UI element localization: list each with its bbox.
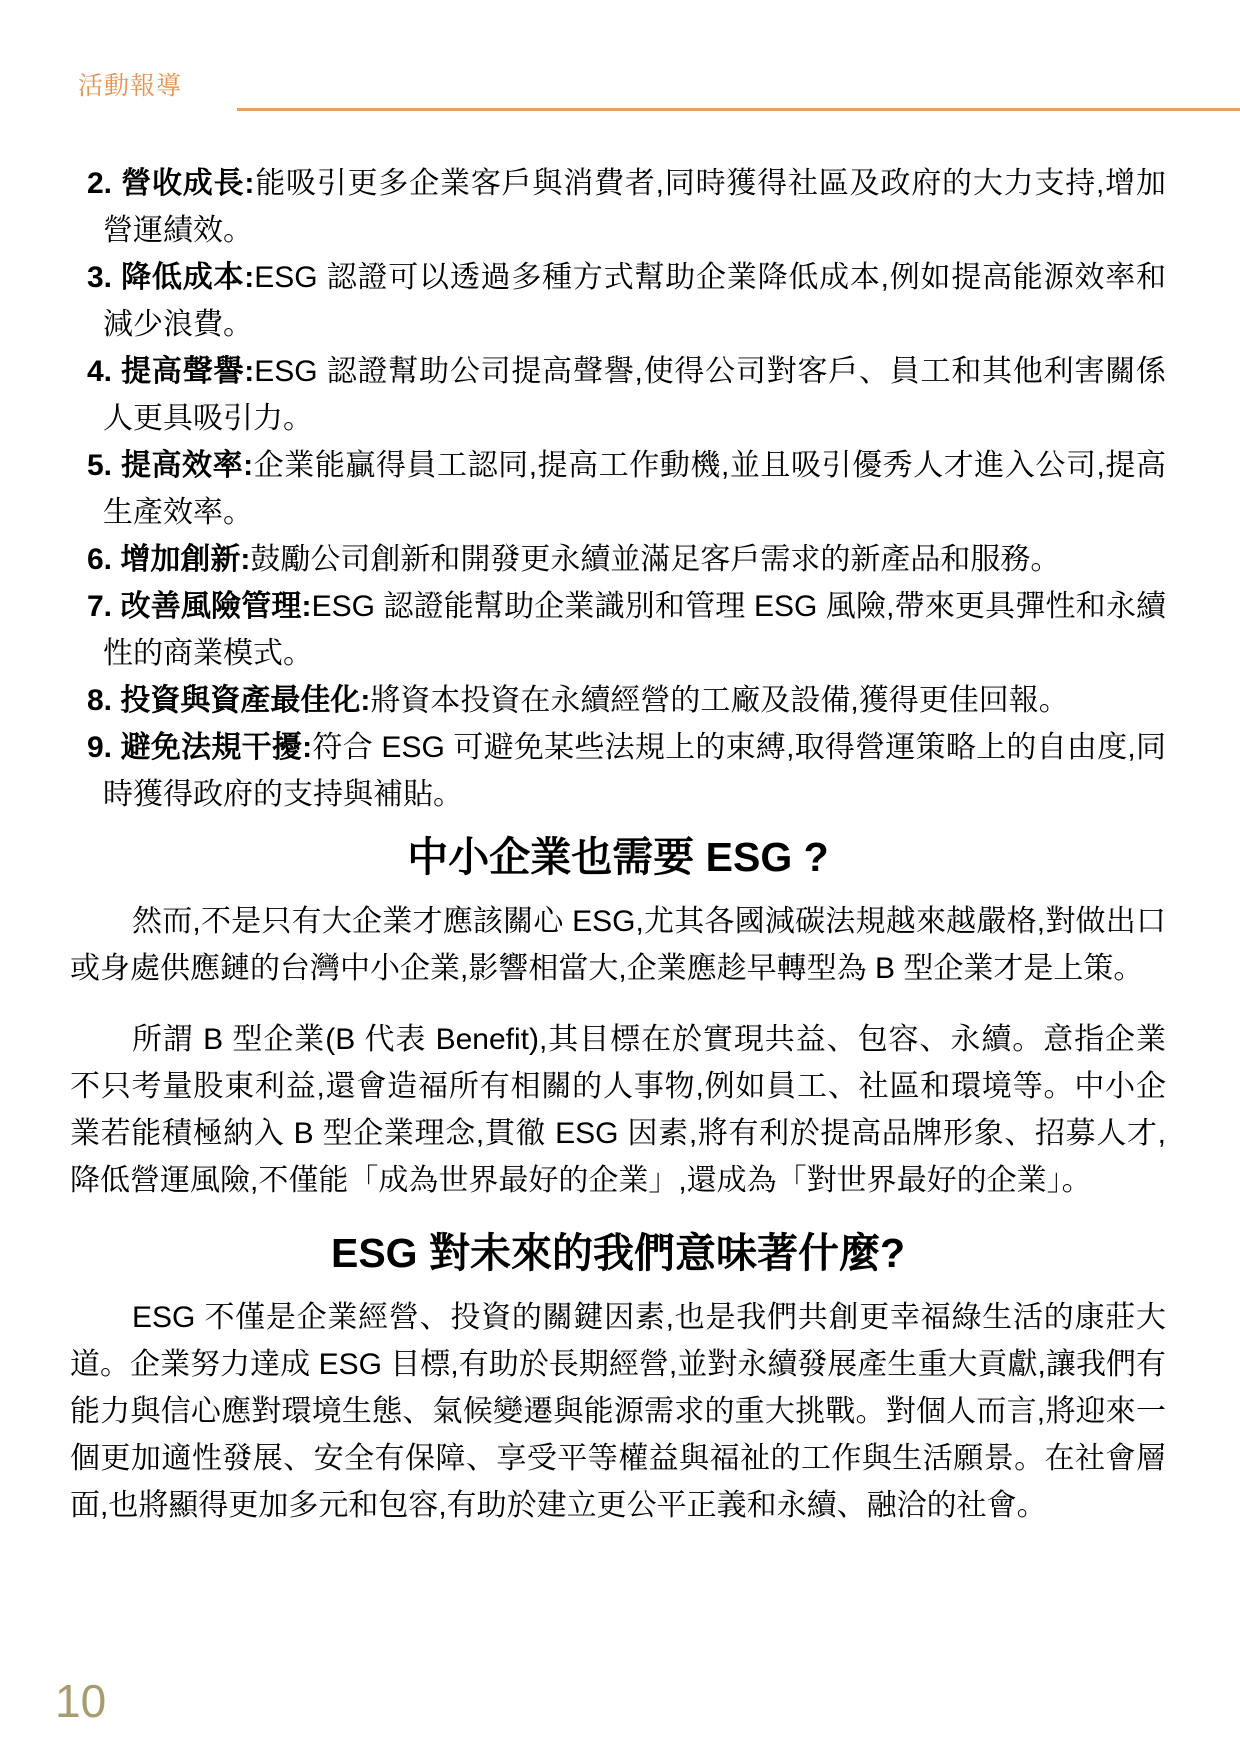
- list-item: 9. 避免法規干擾:符合 ESG 可避免某些法規上的束縛,取得營運策略上的自由度…: [70, 724, 1166, 818]
- paragraph: 所謂 B 型企業(B 代表 Benefit),其目標在於實現共益、包容、永續。意…: [70, 1016, 1166, 1204]
- page-header-label: 活動報導: [78, 72, 182, 100]
- list-item: 5. 提高效率:企業能贏得員工認同,提高工作動機,並且吸引優秀人才進入公司,提高…: [70, 442, 1166, 536]
- list-item-text: ESG 認證可以透過多種方式幫助企業降低成本,例如提高能源效率和減少浪費。: [103, 261, 1166, 341]
- list-item-number: 6.: [87, 543, 112, 576]
- list-item-text: ESG 認證幫助公司提高聲譽,使得公司對客戶、員工和其他利害關係人更具吸引力。: [103, 355, 1166, 435]
- list-item-label: 提高聲譽:: [121, 355, 254, 388]
- section-heading-future: ESG 對未來的我們意味著什麼?: [70, 1228, 1166, 1278]
- paragraph: ESG 不僅是企業經營、投資的關鍵因素,也是我們共創更幸福綠生活的康莊大道。企業…: [70, 1294, 1166, 1529]
- list-item: 2. 營收成長:能吸引更多企業客戶與消費者,同時獲得社區及政府的大力支持,增加營…: [70, 160, 1166, 254]
- list-item-number: 2.: [87, 167, 112, 200]
- list-item-label: 投資與資產最佳化:: [120, 684, 370, 717]
- list-item-label: 避免法規干擾:: [121, 731, 312, 764]
- section-heading-sme: 中小企業也需要 ESG ?: [70, 832, 1166, 882]
- list-item-number: 9.: [87, 731, 112, 764]
- list-item: 4. 提高聲譽:ESG 認證幫助公司提高聲譽,使得公司對客戶、員工和其他利害關係…: [70, 348, 1166, 442]
- list-item-text: 將資本投資在永續經營的工廠及設備,獲得更佳回報。: [370, 684, 1068, 717]
- list-item: 8. 投資與資產最佳化:將資本投資在永續經營的工廠及設備,獲得更佳回報。: [70, 677, 1166, 724]
- paragraph: 然而,不是只有大企業才應該關心 ESG,尤其各國減碳法規越來越嚴格,對做出口或身…: [70, 898, 1166, 992]
- list-item-number: 7.: [87, 590, 112, 623]
- list-item: 3. 降低成本:ESG 認證可以透過多種方式幫助企業降低成本,例如提高能源效率和…: [70, 254, 1166, 348]
- list-item-number: 3.: [87, 261, 112, 294]
- list-item-number: 8.: [87, 684, 112, 717]
- list-item: 6. 增加創新:鼓勵公司創新和開發更永續並滿足客戶需求的新產品和服務。: [70, 536, 1166, 583]
- list-item: 7. 改善風險管理:ESG 認證能幫助企業識別和管理 ESG 風險,帶來更具彈性…: [70, 583, 1166, 677]
- list-item-label: 改善風險管理:: [121, 590, 312, 623]
- list-item-number: 5.: [87, 449, 112, 482]
- header-rule: [237, 108, 1240, 111]
- list-item-text: 企業能贏得員工認同,提高工作動機,並且吸引優秀人才進入公司,提高生產效率。: [103, 449, 1166, 529]
- list-item-text: 鼓勵公司創新和開發更永續並滿足客戶需求的新產品和服務。: [250, 543, 1060, 576]
- list-item-label: 提高效率:: [121, 449, 253, 482]
- document-page: 活動報導 2. 營收成長:能吸引更多企業客戶與消費者,同時獲得社區及政府的大力支…: [0, 0, 1240, 1754]
- list-item-text: 能吸引更多企業客戶與消費者,同時獲得社區及政府的大力支持,增加營運績效。: [103, 167, 1166, 247]
- main-content: 2. 營收成長:能吸引更多企業客戶與消費者,同時獲得社區及政府的大力支持,增加營…: [70, 160, 1166, 1529]
- list-item-label: 增加創新:: [120, 543, 250, 576]
- list-item-number: 4.: [87, 355, 112, 388]
- page-number: 10: [55, 1676, 106, 1726]
- list-item-label: 營收成長:: [121, 167, 254, 200]
- list-item-label: 降低成本:: [121, 261, 254, 294]
